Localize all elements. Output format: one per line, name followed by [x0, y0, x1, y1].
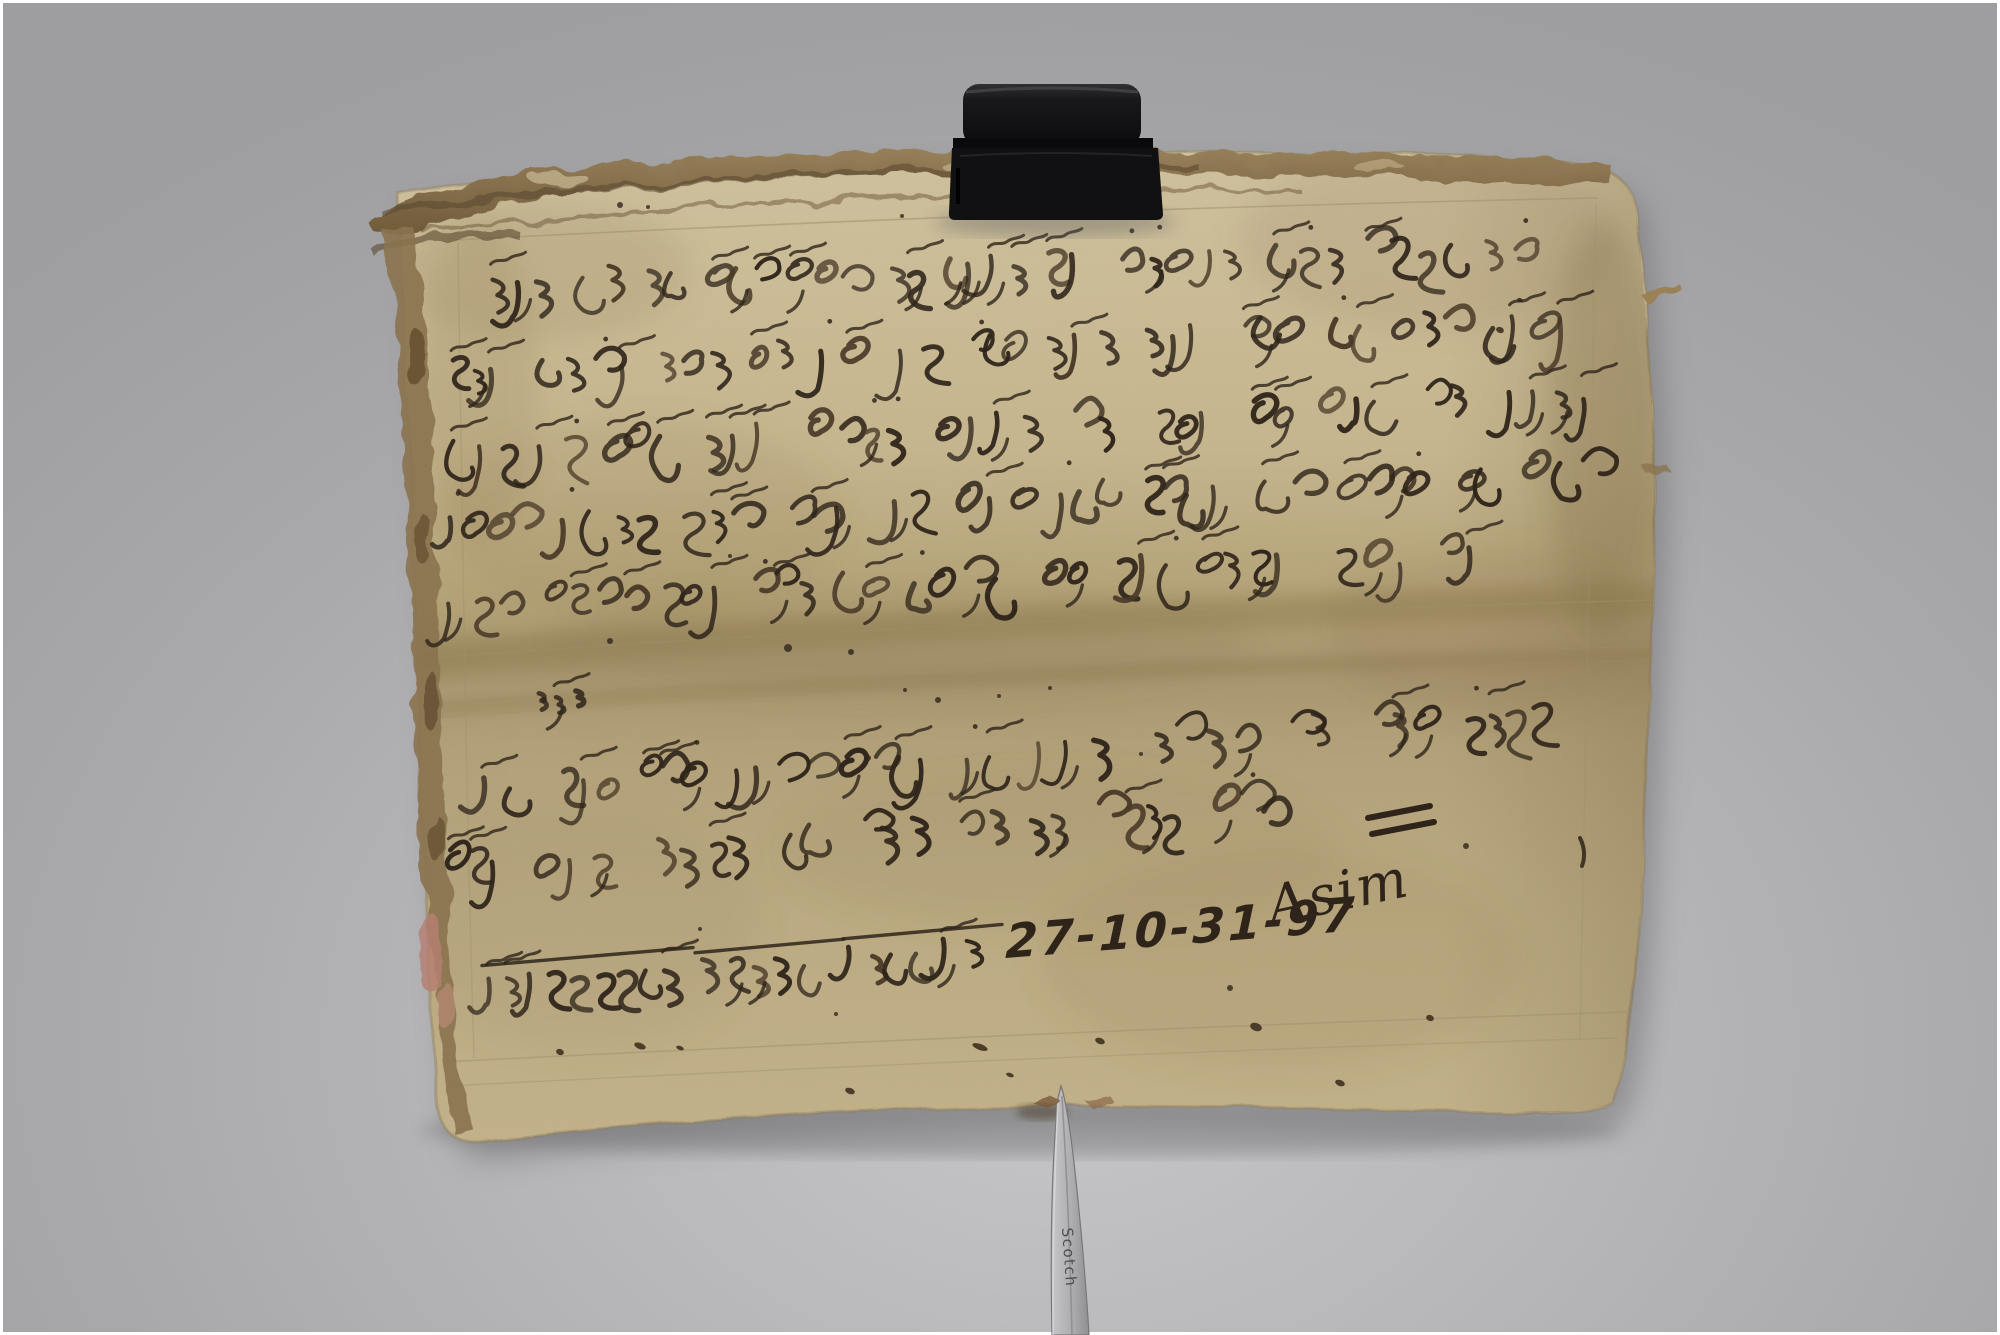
- paper-sheet: [360, 130, 1680, 1170]
- photo-scene: 27-10-31-97 Asim Scotch: [0, 0, 2000, 1335]
- binder-clip: [935, 84, 1175, 236]
- clip-lower-jaw: [949, 148, 1163, 220]
- clip-upper-roll: [963, 84, 1141, 146]
- photo-canvas: 27-10-31-97 Asim Scotch: [0, 0, 2000, 1335]
